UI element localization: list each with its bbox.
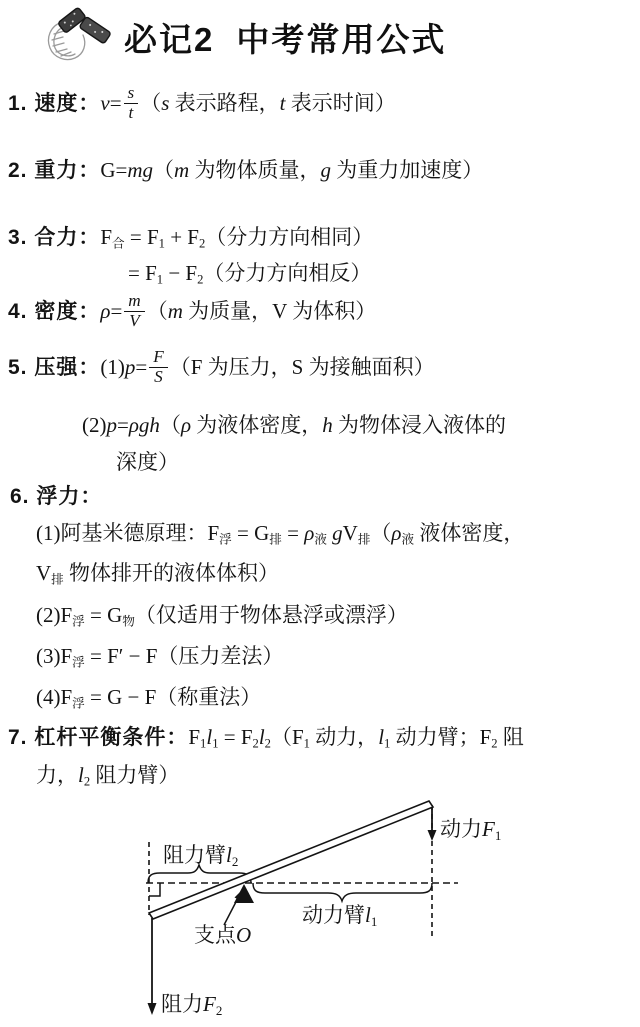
text-segment: = G − F（称重法）: [85, 685, 262, 709]
resistance-force-arrowhead: [148, 1003, 157, 1015]
effort-force-arrowhead: [428, 830, 437, 841]
text-segment: 4. 密度：: [8, 300, 100, 323]
lever-diagram-svg: 阻力臂l2 动力臂l1 动力F1 阻力F2 支点O: [90, 792, 580, 1027]
text-segment: mg: [127, 158, 153, 182]
text-segment: 为质量，V 为体积）: [183, 299, 376, 323]
fraction-denominator: t: [124, 104, 139, 123]
text-segment: 阻: [498, 725, 524, 749]
formula-lever-1: 7. 杠杆平衡条件：F1l1 = F2l2（F1 动力，l1 动力臂；F2 阻: [8, 722, 524, 759]
text-segment: 浮: [72, 656, 85, 670]
text-segment: （F: [271, 725, 304, 749]
text-segment: = F: [128, 261, 157, 285]
text-segment: 6. 浮力：: [10, 485, 102, 508]
text-segment: =: [282, 521, 304, 545]
text-segment: 液: [402, 533, 415, 547]
text-segment: （: [140, 91, 161, 115]
text-segment: G=: [100, 158, 127, 182]
text-segment: p: [125, 355, 136, 379]
text-segment: 浮: [72, 615, 85, 629]
text-segment: （分力方向相同）: [205, 225, 373, 249]
title-main: 中考常用公式: [236, 21, 446, 58]
title-badge: 必记2: [124, 21, 214, 58]
text-segment: （: [160, 413, 181, 437]
formula-buoyancy-4: (4)F浮 = G − F（称重法）: [36, 682, 261, 719]
right-angle-mark: [149, 883, 160, 896]
text-segment: m: [174, 158, 189, 182]
text-segment: (4)F: [36, 685, 72, 709]
text-segment: 合: [112, 237, 125, 251]
page-title: 必记2中考常用公式: [42, 4, 446, 66]
effort-force-label: 动力F1: [440, 817, 501, 843]
text-segment: (2)F: [36, 603, 72, 627]
textbook-page: 必记2中考常用公式 1. 速度：v=st（s 表示路程，t 表示时间） 2. 重…: [0, 0, 640, 1027]
text-segment: (3)F: [36, 644, 72, 668]
resistance-arm-label: 阻力臂l2: [163, 843, 238, 869]
text-segment: ρ: [304, 521, 314, 545]
text-segment: = G: [232, 521, 270, 545]
text-segment: = F: [125, 225, 159, 249]
text-segment: 为重力加速度）: [331, 158, 483, 182]
text-segment: h: [322, 413, 333, 437]
text-segment: − F: [163, 261, 197, 285]
resistance-force-label: 阻力F2: [161, 992, 222, 1018]
text-segment: = F: [218, 725, 252, 749]
fraction-numerator: m: [124, 292, 144, 312]
text-segment: 深度）: [116, 450, 179, 474]
text-segment: V: [343, 521, 358, 545]
text-segment: (1)阿基米德原理：F: [36, 521, 219, 545]
text-segment: （F 为压力，S 为接触面积）: [170, 355, 435, 379]
lever-diagram: 阻力臂l2 动力臂l1 动力F1 阻力F2 支点O: [90, 792, 580, 1027]
text-segment: ρ: [391, 521, 401, 545]
text-segment: m: [168, 299, 183, 323]
formula-buoyancy-3: (3)F浮 = F′ − F（压力差法）: [36, 641, 283, 678]
text-segment: 液: [314, 533, 327, 547]
page-title-text: 必记2中考常用公式: [124, 14, 446, 61]
text-segment: 排: [358, 533, 371, 547]
text-segment: 2. 重力：: [8, 159, 100, 182]
text-segment: = G: [85, 603, 123, 627]
formula-pressure-2-cont: 深度）: [116, 447, 179, 477]
text-segment: F: [188, 725, 200, 749]
fraction: FS: [149, 348, 168, 386]
text-segment: 动力，: [310, 725, 378, 749]
text-segment: p: [107, 413, 118, 437]
text-segment: =: [135, 355, 147, 379]
effort-arm-brace: [253, 883, 432, 901]
fraction-denominator: S: [149, 368, 168, 387]
text-segment: 力，: [36, 763, 78, 787]
formula-buoyancy-2: (2)F浮 = G物（仅适用于物体悬浮或漂浮）: [36, 600, 408, 637]
fraction: mV: [124, 292, 144, 330]
text-segment: 动力臂；F: [390, 725, 491, 749]
effort-arm-label: 动力臂l1: [302, 903, 377, 929]
text-segment: 表示时间）: [286, 91, 396, 115]
text-segment: 为物体浸入液体的: [333, 413, 506, 437]
text-segment: 排: [51, 573, 64, 587]
formula-pressure-1: 5. 压强：(1)p=FS（F 为压力，S 为接触面积）: [8, 350, 435, 388]
text-segment: 为物体质量，: [189, 158, 320, 182]
text-segment: 7. 杠杆平衡条件：: [8, 726, 188, 749]
text-segment: = F′ − F（压力差法）: [85, 644, 284, 668]
text-segment: 液体密度，: [414, 521, 524, 545]
fraction-denominator: V: [124, 312, 144, 331]
formula-speed: 1. 速度：v=st（s 表示路程，t 表示时间）: [8, 86, 396, 124]
formula-archimedes-cont: V排 物体排开的液体体积）: [36, 558, 279, 595]
formula-density: 4. 密度：ρ=mV（m 为质量，V 为体积）: [8, 294, 376, 332]
text-segment: 浮: [219, 533, 232, 547]
text-segment: V: [36, 561, 51, 585]
text-segment: （分力方向相反）: [203, 261, 371, 285]
text-segment: 浮: [72, 697, 85, 711]
text-segment: (1): [100, 355, 125, 379]
text-segment: 为液体密度，: [191, 413, 322, 437]
text-segment: g: [320, 158, 331, 182]
text-segment: v: [100, 91, 109, 115]
text-segment: 阻力臂）: [90, 763, 179, 787]
fulcrum-label: 支点O: [194, 923, 251, 947]
fulcrum-pointer-line: [224, 898, 238, 925]
fraction-numerator: F: [149, 348, 168, 368]
formula-net-force-1: 3. 合力：F合 = F1 + F2（分力方向相同）: [8, 222, 373, 259]
text-segment: （仅适用于物体悬浮或漂浮）: [135, 603, 408, 627]
text-segment: ρ: [181, 413, 191, 437]
text-segment: 排: [269, 533, 282, 547]
fraction: st: [124, 84, 139, 122]
text-segment: =: [117, 413, 129, 437]
text-segment: F: [100, 225, 112, 249]
text-segment: 物: [122, 615, 135, 629]
text-segment: （: [370, 521, 391, 545]
text-segment: (2): [82, 413, 107, 437]
text-segment: g: [332, 521, 343, 545]
text-segment: 3. 合力：: [8, 226, 100, 249]
text-segment: 物体排开的液体体积）: [64, 561, 279, 585]
text-segment: （: [147, 299, 168, 323]
formula-net-force-2: = F1 − F2（分力方向相反）: [128, 258, 371, 295]
text-segment: ρ: [100, 299, 110, 323]
text-segment: =: [110, 299, 122, 323]
formula-archimedes: (1)阿基米德原理：F浮 = G排 = ρ液 gV排（ρ液 液体密度，: [36, 518, 524, 555]
text-segment: 1. 速度：: [8, 92, 100, 115]
formula-pressure-2: (2)p=ρgh（ρ 为液体密度，h 为物体浸入液体的: [82, 410, 506, 440]
chalk-doodle-icon: [42, 4, 118, 66]
fraction-numerator: s: [124, 84, 139, 104]
text-segment: + F: [165, 225, 199, 249]
formula-gravity: 2. 重力：G=mg（m 为物体质量，g 为重力加速度）: [8, 155, 483, 186]
text-segment: 5. 压强：: [8, 356, 100, 379]
text-segment: ρgh: [129, 413, 160, 437]
text-segment: （: [153, 158, 174, 182]
text-segment: =: [110, 91, 122, 115]
heading-buoyancy: 6. 浮力：: [10, 481, 102, 512]
text-segment: 表示路程，: [169, 91, 279, 115]
